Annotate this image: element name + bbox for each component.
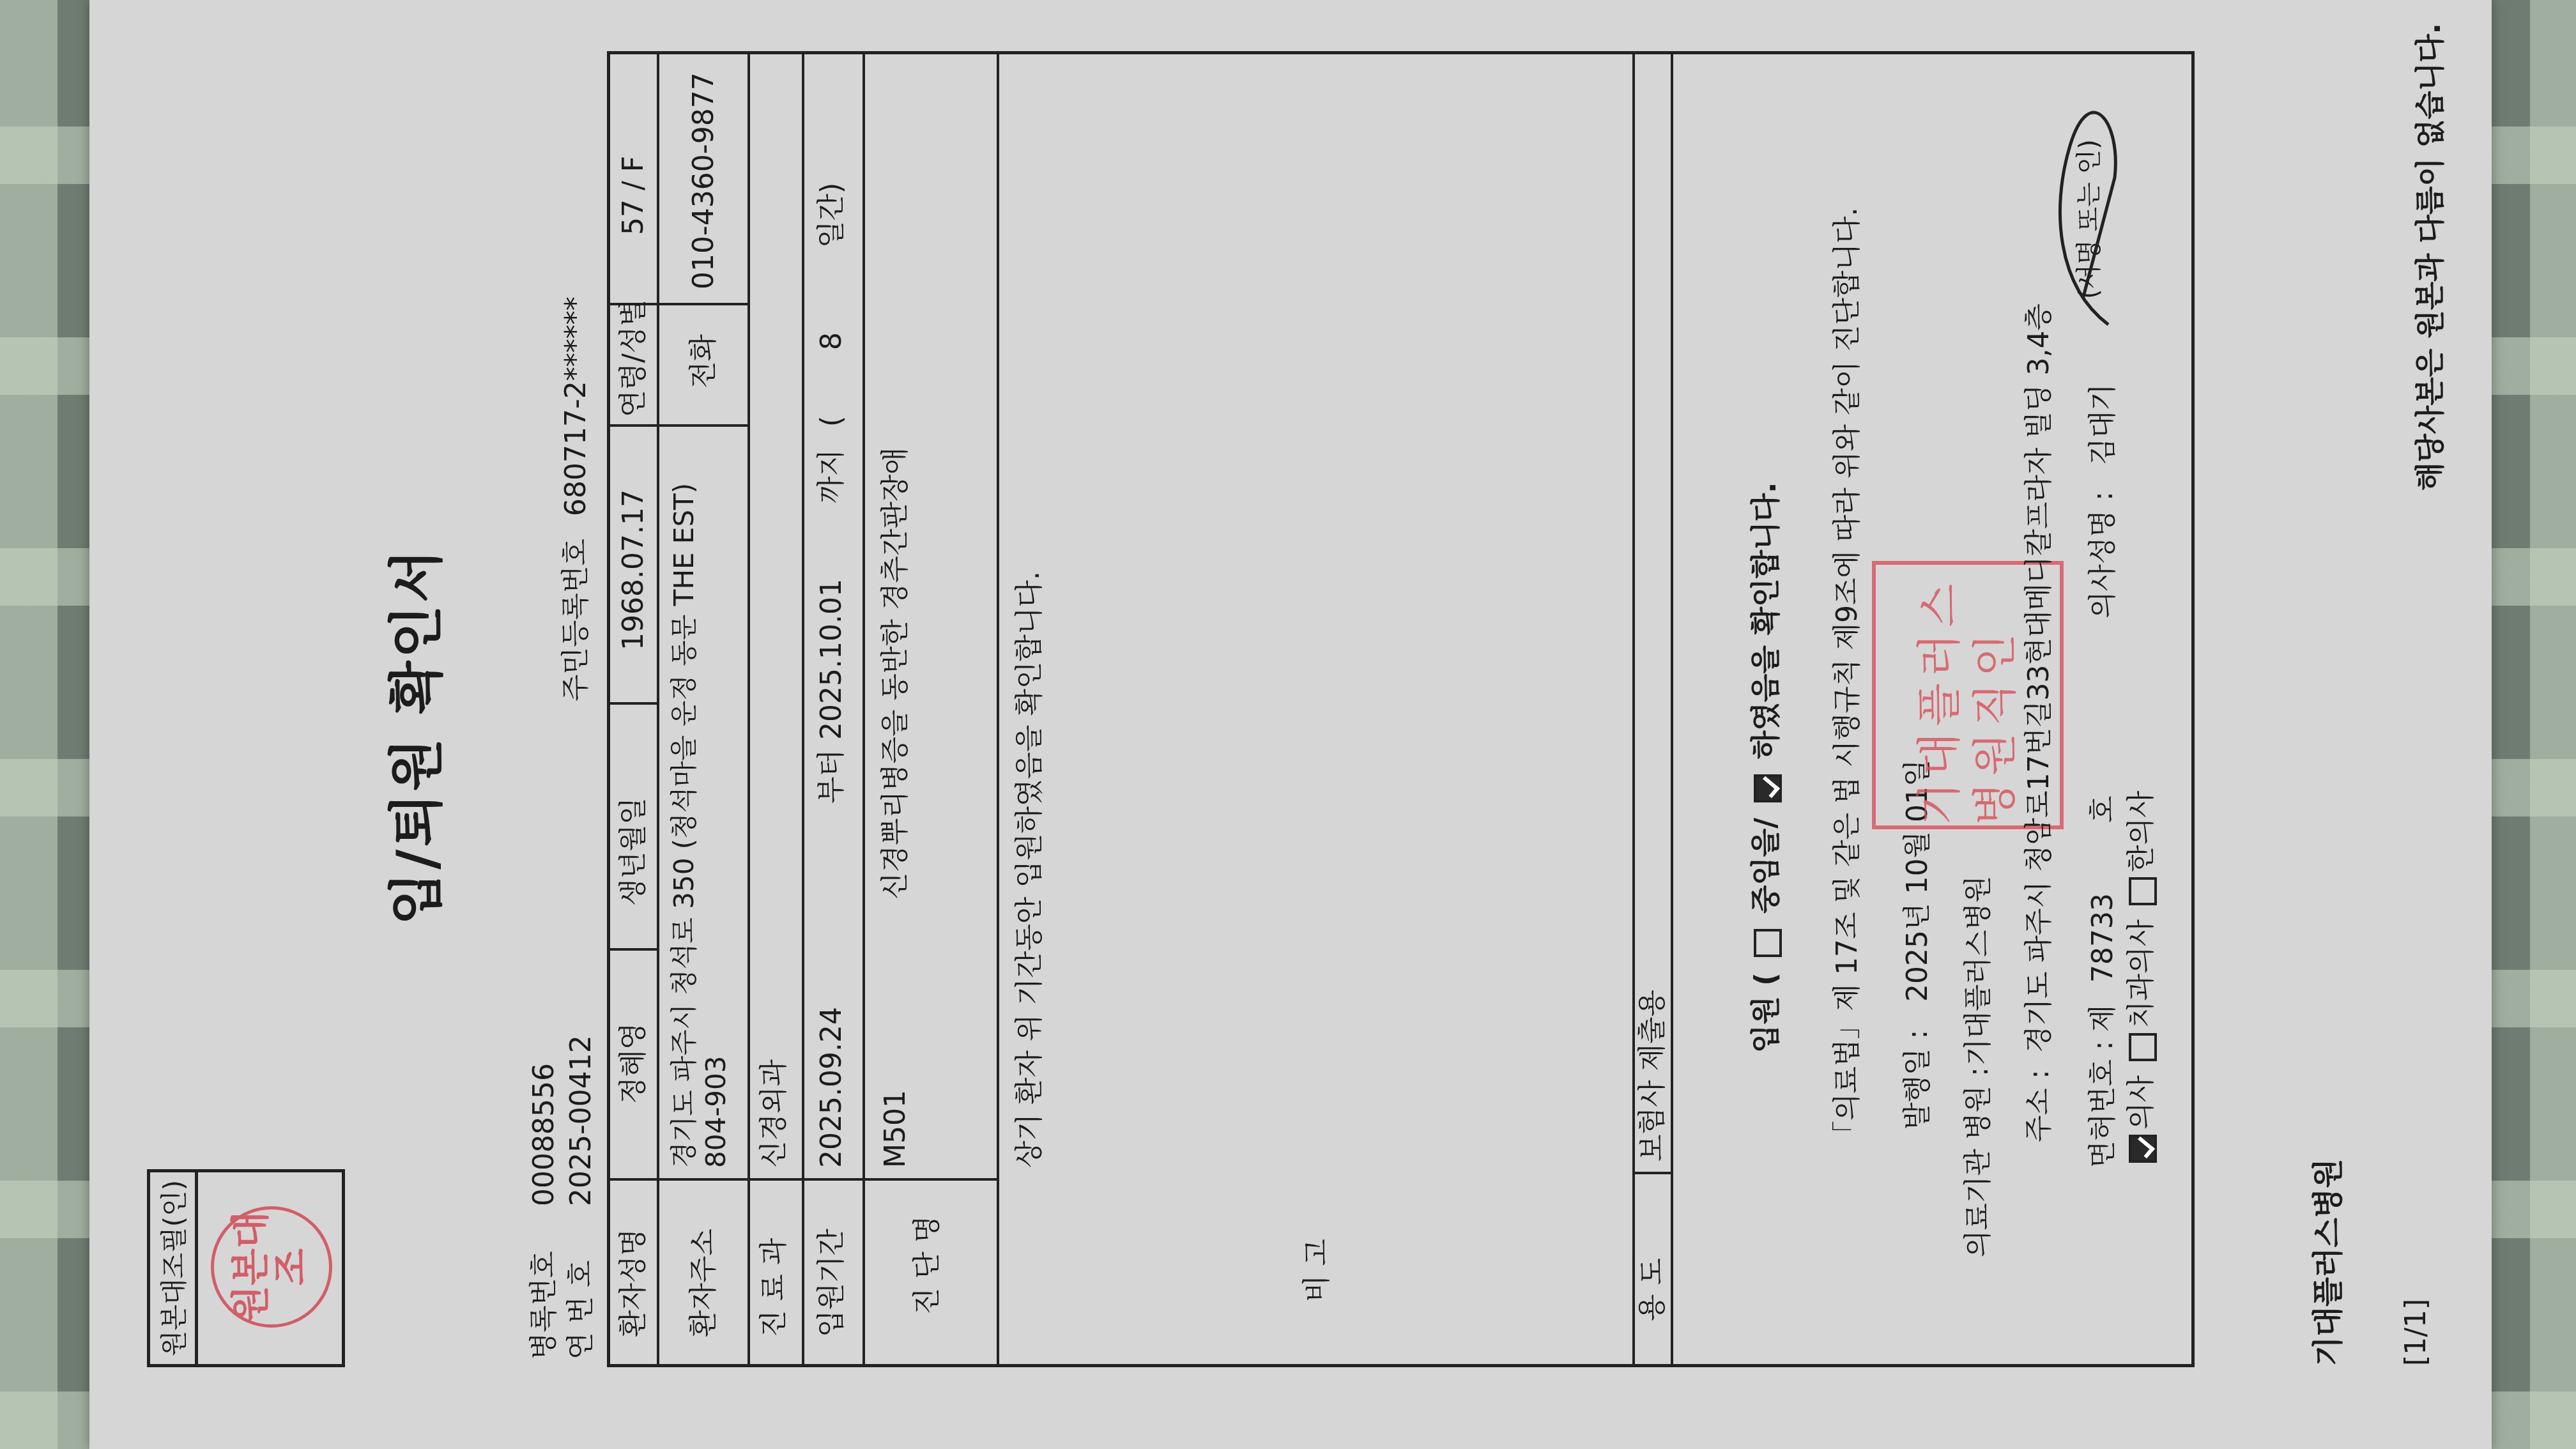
in-progress-checkbox[interactable] bbox=[1754, 929, 1782, 957]
certificate-document: 원본대조필(인) 원본대조 입/퇴원 확인서 병록번호 00088556 연 번… bbox=[89, 0, 2492, 1449]
license-dentist-checkbox[interactable] bbox=[2129, 1033, 2157, 1061]
age-sex-label: 연령/성별 bbox=[620, 299, 648, 417]
period-from-suffix: 부터 bbox=[818, 749, 846, 804]
remarks-label: 비 고 bbox=[1303, 1239, 1331, 1302]
original-copy-seal: 원본대조 bbox=[211, 1206, 332, 1328]
period-days-suffix: 일간) bbox=[818, 183, 846, 248]
serial-no: 2025-00412 bbox=[567, 1035, 595, 1206]
license-doctor-checkbox[interactable] bbox=[2129, 1135, 2157, 1163]
period-to: 2025.10.01 bbox=[818, 579, 846, 740]
page-indicator: [1/1] bbox=[2402, 1299, 2430, 1366]
doctor-name-label: 의사성명 : bbox=[2089, 491, 2117, 618]
in-progress-label: 중임을/ bbox=[1748, 818, 1782, 914]
seal-box-label: 원본대조필(인) bbox=[147, 1169, 198, 1367]
diagnosis-name: 신경뿌리병증을 동반한 경추간판장애 bbox=[882, 447, 910, 900]
phone-label: 전화 bbox=[690, 334, 718, 388]
resident-no: 680717-2****** bbox=[562, 296, 590, 516]
issue-date-label: 발행일 : bbox=[1904, 1030, 1932, 1130]
footer-hospital: 기대플러스병원 bbox=[2313, 1158, 2343, 1366]
status-prefix: 입원 ( bbox=[1748, 972, 1782, 1053]
legal-text: 「의료법」제 17조 및 같은 법 시행규칙 제9조에 따라 위와 같이 진단합… bbox=[1834, 208, 1862, 1149]
license-dentist-label: 치과의사 bbox=[2125, 919, 2158, 1028]
license-oriental-checkbox[interactable] bbox=[2129, 877, 2157, 905]
resident-no-label: 주민등록번호 bbox=[562, 539, 590, 701]
purpose-label: 용 도 bbox=[1639, 1258, 1667, 1321]
period-label: 입원기간 bbox=[818, 1229, 846, 1337]
hospital-name: 기대플러스병원 bbox=[1965, 875, 1993, 1066]
copy-notice: 해당사본은 원본과 다름이 없습니다. bbox=[2415, 23, 2444, 491]
completed-label: 하였음을 확인합니다. bbox=[1748, 482, 1782, 758]
period-open-paren: ( bbox=[818, 416, 846, 427]
phone: 010-4360-9877 bbox=[690, 72, 718, 289]
confirmation-text: 상기 환자 위 기간동안 입원하였음을 확인합니다. bbox=[1016, 571, 1044, 1168]
admission-status-line: 입원 ( 중임을/ 하였음을 확인합니다. bbox=[1751, 482, 1782, 1053]
license-oriental-label: 한의사 bbox=[2125, 790, 2158, 872]
chart-no: 00088556 bbox=[530, 1063, 558, 1206]
patient-name: 정혜영 bbox=[620, 1022, 648, 1104]
license-no: 78733 bbox=[2089, 893, 2117, 983]
diagnosis-code: M501 bbox=[882, 1090, 910, 1168]
address-line2: 804-903 bbox=[703, 1056, 730, 1169]
department-label: 진 료 과 bbox=[760, 1238, 788, 1337]
address-label: 환자주소 bbox=[690, 1229, 718, 1337]
hospital-label: 의료기관 병원 : bbox=[1965, 1067, 1993, 1257]
purpose: 보험사 제출용 bbox=[1639, 990, 1667, 1161]
chart-no-label: 병록번호 bbox=[530, 1251, 558, 1360]
hospital-address-label: 주소 : bbox=[2025, 1069, 2053, 1142]
period-days: 8 bbox=[818, 332, 846, 350]
completed-checkbox[interactable] bbox=[1754, 774, 1782, 802]
birth: 1968.07.17 bbox=[620, 489, 648, 650]
patient-name-label: 환자성명 bbox=[620, 1229, 648, 1337]
doctor-name: 김대기 bbox=[2089, 383, 2117, 465]
license-label: 면허번호 : 제 bbox=[2089, 1005, 2117, 1168]
doctor-signature bbox=[2044, 107, 2140, 337]
birth-label: 생년월일 bbox=[620, 797, 648, 906]
period-from: 2025.09.24 bbox=[818, 1007, 846, 1168]
hospital-address: 경기도 파주시 청암로17번길33현대메디칼프라자 빌딩 3,4층 bbox=[2025, 303, 2053, 1053]
period-to-suffix: 까지 bbox=[818, 449, 846, 503]
diagnosis-label: 진 단 명 bbox=[914, 1216, 942, 1315]
license-doctor-label: 의사 bbox=[2125, 1075, 2158, 1130]
age-sex: 57 / F bbox=[620, 156, 648, 235]
serial-no-label: 연 번 호 bbox=[567, 1261, 595, 1360]
address-line1: 경기도 파주시 청석로 350 (청석마을 운정 동문 THE EST) bbox=[671, 483, 698, 1168]
document-title: 입/퇴원 확인서 bbox=[390, 547, 445, 925]
department: 신경외과 bbox=[760, 1059, 788, 1168]
license-types: 의사 치과의사 한의사 bbox=[2127, 790, 2157, 1168]
license-suffix: 호 bbox=[2089, 795, 2117, 823]
